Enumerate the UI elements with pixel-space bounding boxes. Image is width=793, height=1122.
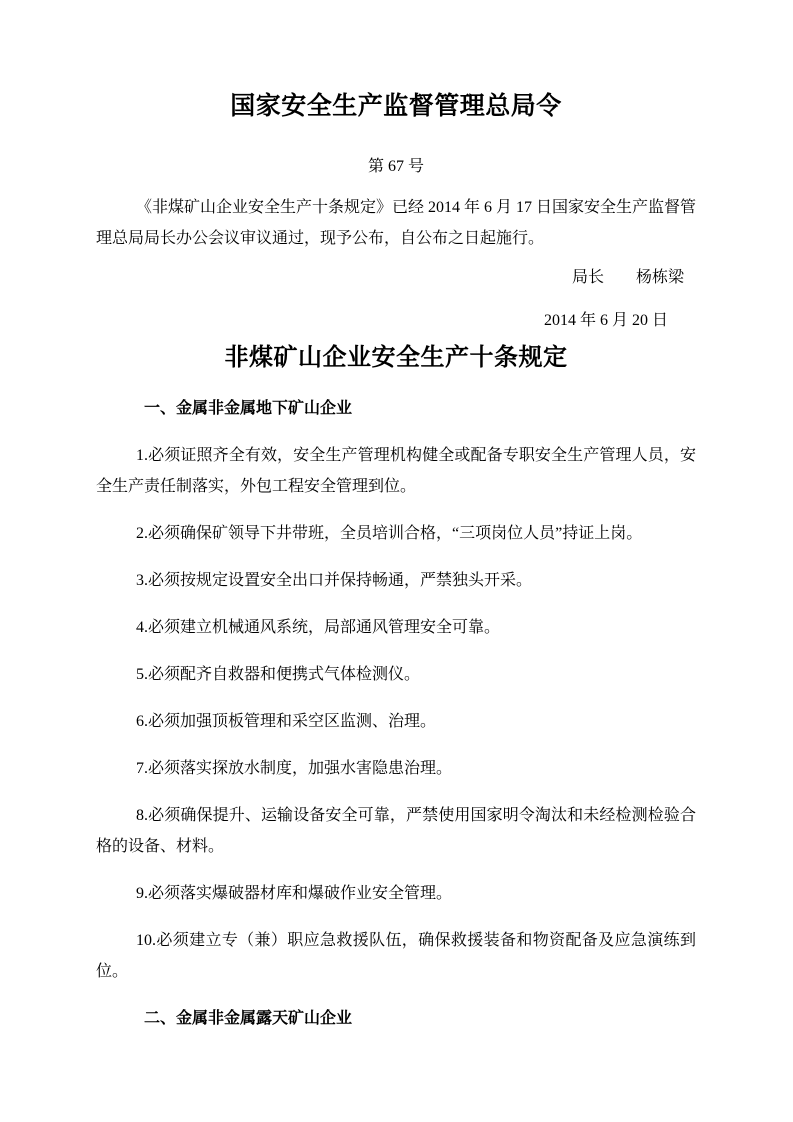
regulation-item-7: 7.必须落实探放水制度，加强水害隐患治理。: [96, 753, 696, 784]
regulation-item-5: 5.必须配齐自救器和便携式气体检测仪。: [96, 659, 696, 690]
date-line: 2014 年 6 月 20 日: [96, 305, 696, 336]
regulation-item-3: 3.必须按规定设置安全出口并保持畅通，严禁独头开采。: [96, 565, 696, 596]
regulation-item-4: 4.必须建立机械通风系统，局部通风管理安全可靠。: [96, 612, 696, 643]
document-title: 国家安全生产监督管理总局令: [96, 90, 696, 123]
signature-line: 局长 杨栋梁: [96, 262, 696, 293]
regulation-title: 非煤矿山企业安全生产十条规定: [96, 342, 696, 375]
regulation-item-1: 1.必须证照齐全有效，安全生产管理机构健全或配备专职安全生产管理人员，安全生产责…: [96, 440, 696, 502]
regulation-item-9: 9.必须落实爆破器材库和爆破作业安全管理。: [96, 878, 696, 909]
section-heading-1: 一、金属非金属地下矿山企业: [96, 393, 696, 424]
regulation-item-2: 2.必须确保矿领导下井带班，全员培训合格，“三项岗位人员”持证上岗。: [96, 518, 696, 549]
regulation-item-8: 8.必须确保提升、运输设备安全可靠，严禁使用国家明令淘汰和未经检测检验合格的设备…: [96, 800, 696, 862]
preamble-paragraph: 《非煤矿山企业安全生产十条规定》已经 2014 年 6 月 17 日国家安全生产…: [96, 192, 696, 254]
regulation-item-6: 6.必须加强顶板管理和采空区监测、治理。: [96, 706, 696, 737]
regulation-item-10: 10.必须建立专（兼）职应急救援队伍，确保救援装备和物资配备及应急演练到位。: [96, 925, 696, 987]
document-page: 国家安全生产监督管理总局令 第 67 号 《非煤矿山企业安全生产十条规定》已经 …: [0, 0, 793, 1122]
section-heading-2: 二、金属非金属露天矿山企业: [96, 1003, 696, 1034]
order-number: 第 67 号: [96, 151, 696, 182]
